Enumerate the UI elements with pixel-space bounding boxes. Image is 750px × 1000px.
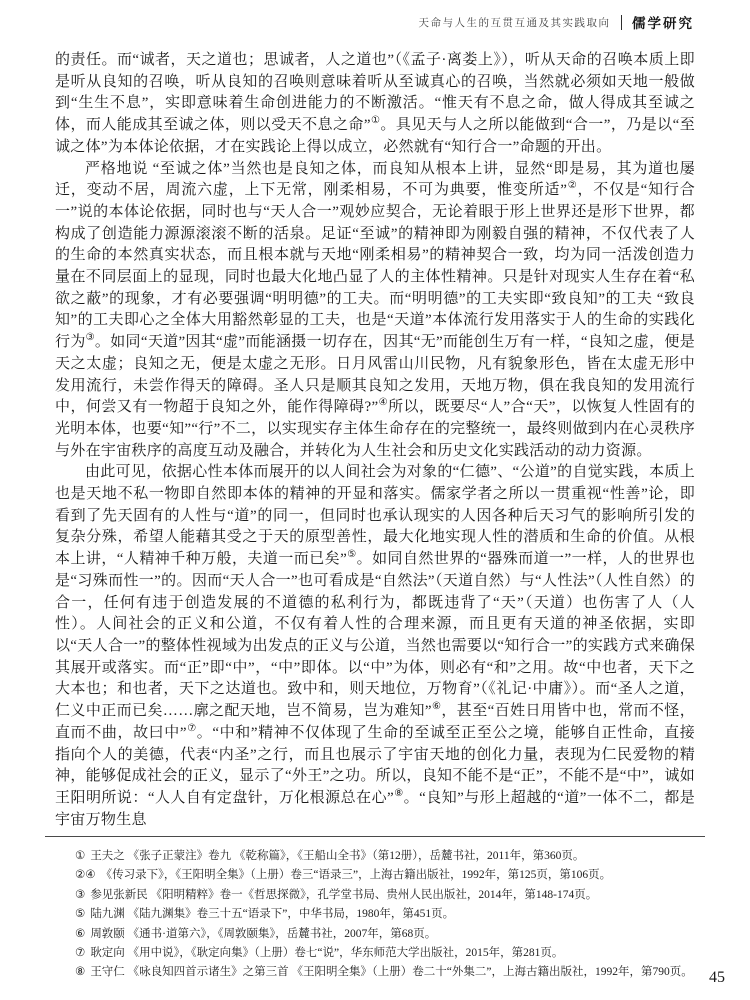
header-divider bbox=[621, 15, 623, 30]
footnote-text: 耿定向 《用中说》，《耿定向集》（上册）卷七“说”，华东师范大学出版社，2015… bbox=[90, 947, 563, 959]
running-title: 天命与人生的互贯互通及其实践取向 bbox=[419, 15, 611, 30]
footnote: ⑦耿定向 《用中说》，《耿定向集》（上册）卷七“说”，华东师范大学出版社，201… bbox=[75, 944, 707, 963]
body-paragraphs: 的责任。而“诚者，天之道也；思诚者，人之道也”（《孟子·离娄上》），听从天命的召… bbox=[55, 50, 695, 831]
footnote-marker: ⑤ bbox=[75, 908, 85, 920]
footnote: ⑥周敦颐 《通书·道第六》，《周敦颐集》，岳麓书社，2007年，第68页。 bbox=[75, 925, 707, 944]
footnote-ref: ② bbox=[567, 180, 577, 191]
footnote-text: 王夫之 《张子正蒙注》卷九 《乾称篇》，《王船山全书》（第12册），岳麓书社，2… bbox=[90, 850, 584, 862]
footnote: ②④《传习录下》，《王阳明全集》（上册）卷三“语录三”，上海古籍出版社，1992… bbox=[75, 866, 707, 885]
footnote-ref: ③ bbox=[86, 332, 95, 343]
footnote: ⑧王守仁 《咏良知四首示诸生》之第三首 《王阳明全集》（上册）卷二十“外集二”，… bbox=[75, 963, 707, 982]
page-number: 45 bbox=[709, 969, 725, 987]
document-page: 天命与人生的互贯互通及其实践取向 儒学研究 的责任。而“诚者，天之道也；思诚者，… bbox=[0, 0, 750, 1000]
footnote-text: 《传习录下》，《王阳明全集》（上册）卷三“语录三”，上海古籍出版社，1992年，… bbox=[101, 869, 611, 881]
journal-name: 儒学研究 bbox=[632, 12, 694, 32]
footnote-text: 周敦颐 《通书·道第六》，《周敦颐集》，岳麓书社，2007年，第68页。 bbox=[90, 928, 436, 940]
footnote-marker: ③ bbox=[75, 889, 85, 901]
footnote-marker: ②④ bbox=[75, 869, 96, 881]
footnote-marker: ⑧ bbox=[75, 966, 85, 978]
page-header: 天命与人生的互贯互通及其实践取向 儒学研究 bbox=[419, 12, 695, 32]
footnote-marker: ⑦ bbox=[75, 947, 85, 959]
paragraph: 的责任。而“诚者，天之道也；思诚者，人之道也”（《孟子·离娄上》），听从天命的召… bbox=[55, 50, 695, 159]
footnote-marker: ⑥ bbox=[75, 928, 85, 940]
footnote-ref: ⑥ bbox=[432, 701, 442, 712]
footnote-ref: ⑦ bbox=[187, 723, 197, 734]
text-run: 。如同自然世界的“器殊而道一”一样，人的世界也是“习殊而性一”的。因而“天人合一… bbox=[55, 551, 695, 719]
footnote-marker: ① bbox=[75, 850, 85, 862]
footnote-text: 陆九渊 《陆九渊集》卷三十五“语录下”，中华书局，1980年，第451页。 bbox=[90, 908, 454, 920]
text-run: ，不仅是“知行合一”说的本体论依据，同时也与“天人合一”观妙应契合，无论着眼于形… bbox=[55, 182, 695, 350]
footnote: ①王夫之 《张子正蒙注》卷九 《乾称篇》，《王船山全书》（第12册），岳麓书社，… bbox=[75, 847, 707, 866]
paragraph: 由此可见，依据心性本体而展开的以人间社会为对象的“仁德”、“公道”的自觉实践，本… bbox=[55, 462, 695, 831]
article-body: 的责任。而“诚者，天之道也；思诚者，人之道也”（《孟子·离娄上》），听从天命的召… bbox=[55, 50, 695, 831]
paragraph: 严格地说 “至诚之体”当然也是良知之体，而良知从根本上讲，显然“即是易，其为道也… bbox=[55, 159, 695, 463]
footnote-text: 参见张新民 《阳明精粹》卷一《哲思探微》，孔学堂书局、贵州人民出版社，2014年… bbox=[90, 889, 597, 901]
footnote-separator bbox=[45, 836, 705, 837]
footnote-ref: ① bbox=[371, 115, 381, 126]
footnotes-list: ①王夫之 《张子正蒙注》卷九 《乾称篇》，《王船山全书》（第12册），岳麓书社，… bbox=[75, 847, 707, 983]
footnote-text: 王守仁 《咏良知四首示诸生》之第三首 《王阳明全集》（上册）卷二十“外集二”，上… bbox=[90, 966, 692, 978]
footnote: ③参见张新民 《阳明精粹》卷一《哲思探微》，孔学堂书局、贵州人民出版社，2014… bbox=[75, 886, 707, 905]
footnote-ref: ④ bbox=[378, 397, 388, 408]
footnote-ref: ⑧ bbox=[394, 788, 404, 799]
footnote: ⑤陆九渊 《陆九渊集》卷三十五“语录下”，中华书局，1980年，第451页。 bbox=[75, 905, 707, 924]
footnote-ref: ⑤ bbox=[347, 549, 357, 560]
